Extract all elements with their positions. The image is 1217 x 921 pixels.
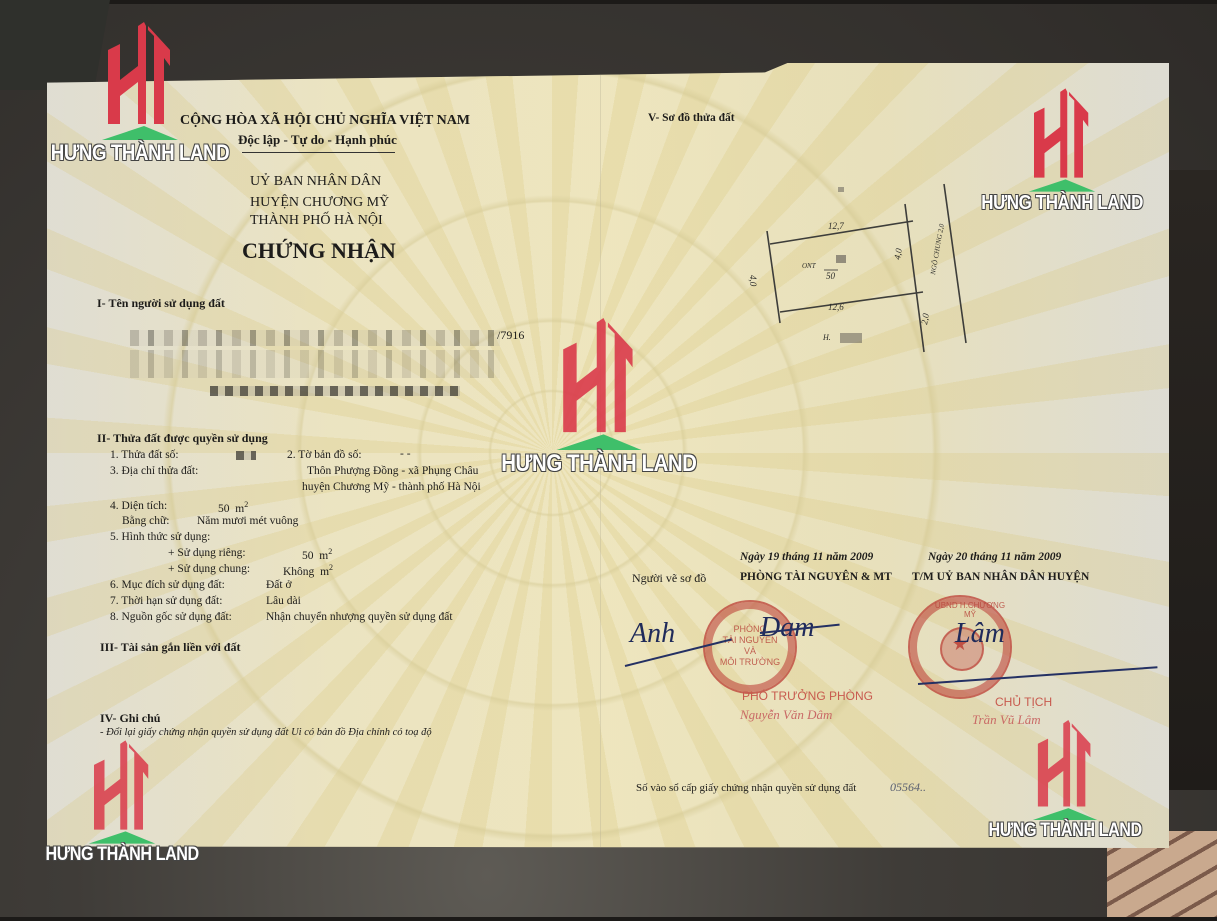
brand-name: HƯNG THÀNH LAND	[46, 844, 199, 866]
origin-value: Nhận chuyển nhượng quyền sử dụng đất	[266, 611, 453, 623]
authority-line-3: THÀNH PHỐ HÀ NỘI	[250, 213, 383, 229]
seal-arc-text: UBND H.CHƯƠNG MỸ	[930, 601, 1010, 619]
dept-position: PHÓ TRƯỞNG PHÒNG	[742, 689, 873, 703]
watermark-center: HƯNG THÀNH LAND	[484, 318, 714, 478]
ht-logo-icon	[554, 318, 644, 450]
svg-text:NGÕ CHUNG 2,0: NGÕ CHUNG 2,0	[929, 223, 946, 277]
seal-line: VÀ	[705, 646, 795, 657]
private-use-value: 50 m2	[302, 547, 332, 562]
committee-signature: Lâm	[955, 618, 1005, 650]
bottom-edge	[0, 917, 1217, 921]
svg-text:2,0: 2,0	[919, 312, 931, 325]
in-words-label: Bằng chữ:	[122, 515, 169, 527]
registry-number: 05564..	[890, 780, 926, 795]
shared-use-value: Không m2	[283, 563, 333, 578]
drawer-signature: Anh	[630, 618, 675, 650]
authority-line-2: HUYỆN CHƯƠNG MỸ	[250, 195, 389, 211]
usage-form-label: 5. Hình thức sử dụng:	[110, 531, 210, 543]
watermark-bottom-left: HƯNG THÀNH LAND	[32, 740, 212, 866]
watermark-bottom-right: HƯNG THÀNH LAND	[975, 720, 1155, 842]
section-3-heading: III- Tài sản gắn liền với đất	[100, 640, 240, 655]
address-line-2: huyện Chương Mỹ - thành phố Hà Nội	[302, 481, 481, 493]
ht-logo-icon	[87, 740, 157, 844]
watermark-top-left: HƯNG THÀNH LAND	[35, 22, 245, 166]
authority-line-1: UỶ BAN NHÂN DÂN	[250, 174, 381, 190]
svg-text:4,0: 4,0	[892, 247, 904, 260]
parcel-number-label: 1. Thửa đất số:	[110, 449, 179, 461]
in-words-value: Năm mươi mét vuông	[197, 515, 298, 527]
brand-name: HƯNG THÀNH LAND	[989, 820, 1142, 842]
svg-text:12,7: 12,7	[828, 221, 844, 231]
term-value: Lâu dài	[266, 595, 301, 607]
registry-label: Số vào sổ cấp giấy chứng nhận quyền sử d…	[636, 782, 856, 794]
address-line-1: Thôn Phượng Đồng - xã Phụng Châu	[307, 465, 478, 477]
area-label: 4. Diện tích:	[110, 500, 167, 512]
purpose-value: Đất ở	[266, 579, 292, 591]
section-5-heading: V- Sơ đồ thửa đất	[648, 112, 735, 124]
motto: Độc lập - Tự do - Hạnh phúc	[238, 132, 397, 148]
svg-text:12,6: 12,6	[828, 302, 844, 312]
redacted-owner-info	[130, 350, 500, 378]
redacted-owner-address	[210, 386, 460, 396]
drawer-label: Người vẽ sơ đồ	[632, 571, 706, 586]
committee-date: Ngày 20 tháng 11 năm 2009	[928, 551, 1061, 563]
svg-text:H.: H.	[822, 333, 831, 342]
committee-org: T/M UỶ BAN NHÂN DÂN HUYỆN	[912, 571, 1089, 583]
dept-date: Ngày 19 tháng 11 năm 2009	[740, 551, 873, 563]
seal-line: MÔI TRƯỜNG	[705, 657, 795, 668]
svg-text:ONT: ONT	[802, 262, 817, 270]
brand-name: HƯNG THÀNH LAND	[981, 192, 1143, 215]
redacted-owner-name	[130, 330, 500, 346]
section-4-heading: IV- Ghi chú	[100, 711, 160, 726]
redacted-parcel-number	[236, 451, 256, 460]
brand-name: HƯNG THÀNH LAND	[51, 140, 229, 166]
note-text: - Đổi lại giấy chứng nhận quyền sử dụng …	[100, 727, 432, 738]
header-divider	[242, 152, 395, 153]
ht-logo-icon	[100, 22, 180, 140]
area-value: 50 m2	[218, 500, 248, 515]
section-1-heading: I- Tên người sử dụng đất	[97, 296, 225, 311]
origin-label: 8. Nguồn gốc sử dụng đất:	[110, 611, 232, 623]
watermark-top-right: HƯNG THÀNH LAND	[967, 88, 1157, 215]
brand-name: HƯNG THÀNH LAND	[501, 450, 696, 478]
svg-text:50: 50	[826, 271, 836, 281]
map-sheet-label: 2. Tờ bản đồ số:	[287, 449, 362, 461]
purpose-label: 6. Mục đích sử dụng đất:	[110, 579, 225, 591]
ht-logo-icon	[1027, 88, 1097, 192]
dept-signer-name: Nguyễn Văn Dâm	[740, 707, 832, 723]
committee-position: CHỦ TỊCH	[995, 695, 1052, 709]
dept-org: PHÒNG TÀI NGUYÊN & MT	[740, 571, 892, 583]
term-label: 7. Thời hạn sử dụng đất:	[110, 595, 222, 607]
svg-text:4,0: 4,0	[748, 275, 758, 287]
map-sheet-value: - -	[400, 448, 411, 460]
shared-use-label: + Sử dụng chung:	[168, 563, 250, 575]
private-use-label: + Sử dụng riêng:	[168, 547, 246, 559]
section-2-heading: II- Thửa đất được quyền sử dụng	[97, 431, 268, 446]
address-label: 3. Địa chỉ thửa đất:	[110, 465, 198, 477]
ht-logo-icon	[1030, 720, 1100, 820]
certificate-title: CHỨNG NHẬN	[242, 238, 396, 264]
